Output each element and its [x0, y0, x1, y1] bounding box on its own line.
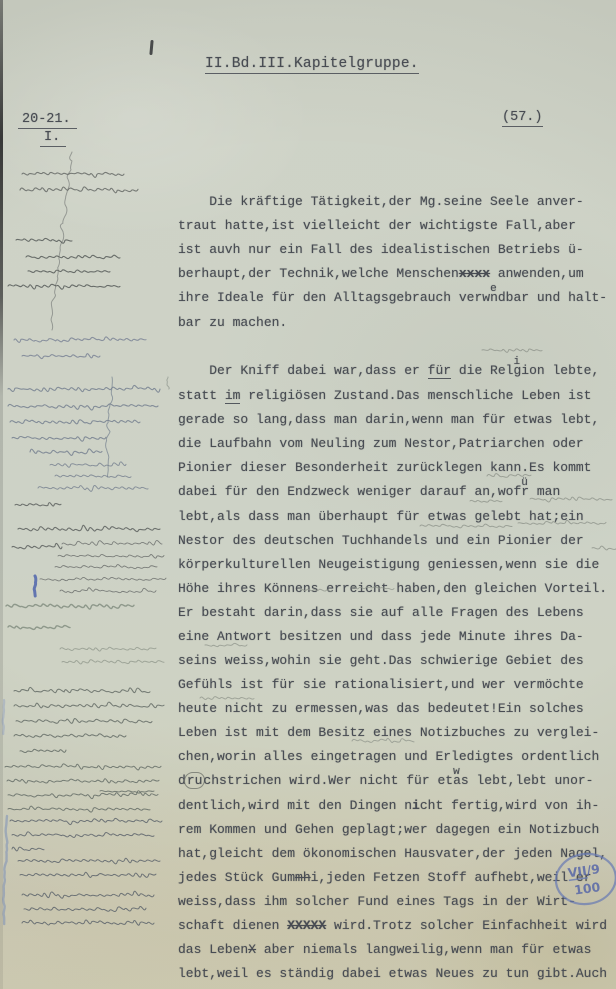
handwritten-stroke: [5, 764, 161, 770]
handwritten-stroke: [40, 577, 166, 581]
typescript-line: rem Kommen und Gehen geplagt;wer dagegen…: [178, 818, 607, 842]
page-number: (57.): [502, 110, 543, 125]
handwritten-stroke: [55, 475, 131, 478]
typescript-line: chen,worin alles eingetragen und Erledig…: [178, 745, 607, 769]
handwritten-stroke: [18, 525, 160, 531]
typescript-line: traut hatte,ist vielleicht der wichtigst…: [178, 214, 607, 238]
typescript-line: Pionier dieser Besonderheit zurücklegen …: [178, 456, 607, 480]
typescript-line: seins weiss,wohin sie geht.Das schwierig…: [178, 649, 607, 673]
handwritten-stroke: [8, 625, 70, 629]
typescript-line: hat,gleicht dem ökonomischen Hausvater,d…: [178, 842, 607, 866]
handwritten-stroke: [8, 385, 160, 392]
handwritten-stroke: [16, 719, 152, 724]
handwritten-stroke: [62, 660, 164, 664]
handwritten-stroke: [8, 404, 158, 410]
handwritten-stroke: [3, 700, 4, 734]
handwritten-stroke: [50, 462, 126, 467]
handwritten-stroke: [60, 588, 156, 593]
handwritten-stroke: [55, 565, 157, 569]
handwritten-stroke: [12, 543, 62, 548]
typescript-line: dabei für den Endzweck weniger darauf an…: [178, 480, 607, 505]
handwritten-stroke: [3, 816, 7, 924]
handwritten-stroke: [18, 858, 160, 864]
typescript-line: dentlich,wird mit den Dingen nicht ferti…: [178, 794, 607, 818]
handwritten-stroke: [22, 891, 154, 898]
typescript-line: druchstrichen wird.Wer nicht für etwas l…: [178, 769, 607, 794]
typescript-line: Höhe ihres Könnens erreicht haben,den gl…: [178, 577, 607, 601]
handwritten-stroke: [10, 818, 162, 824]
typescript-line: Er bestaht darin,dass sie auf alle Frage…: [178, 601, 607, 625]
chapter-heading-text: II.Bd.III.Kapitelgruppe.: [205, 56, 419, 74]
handwritten-stroke: [12, 847, 44, 851]
typescript-line: Die kräftige Tätigkeit,der Mg.seine Seel…: [178, 190, 607, 214]
typescript-line: ihre Ideale für den Alltagsgebrauch verw…: [178, 286, 607, 311]
manuscript-page: II.Bd.III.Kapitelgruppe. 20-21. I. (57.)…: [0, 0, 616, 989]
handwritten-stroke: [20, 749, 66, 752]
handwritten-stroke: [106, 377, 113, 477]
handwritten-stroke: [38, 486, 148, 492]
handwritten-stroke: [20, 187, 138, 193]
typescript-line: jedes Stück Gummhi,jeden Fetzen Stoff au…: [178, 866, 607, 890]
typescript-line: berhaupt,der Technik,welche Menschenxxxx…: [178, 262, 607, 286]
typescript-line: das LebenX aber niemals langweilig,wenn …: [178, 938, 607, 962]
handwritten-stroke: [26, 255, 120, 258]
typescript-line: Leben ist mit dem Besitz eines Notizbuch…: [178, 721, 607, 745]
handwritten-stroke: [60, 647, 156, 651]
chapter-heading: II.Bd.III.Kapitelgruppe.: [205, 56, 419, 72]
handwritten-stroke: [16, 238, 72, 243]
handwritten-stroke: [58, 554, 164, 558]
page-number-text: (57.): [502, 110, 543, 127]
handwritten-stroke: [14, 687, 150, 692]
handwritten-stroke: [12, 832, 154, 838]
typescript-line: ist auvh nur ein Fall des idealistischen…: [178, 238, 607, 262]
handwritten-stroke: [8, 806, 150, 812]
handwritten-stroke: [24, 906, 146, 911]
handwritten-stroke: [51, 152, 72, 330]
handwritten-stroke: [6, 604, 134, 609]
handwritten-stroke: [8, 284, 120, 289]
typescript-line: weiss,dass ihm solcher Fund eines Tags i…: [178, 890, 607, 914]
section-number: I.: [40, 130, 66, 145]
archive-stamp: VII/9 100: [550, 848, 616, 912]
handwritten-stroke: [14, 702, 164, 708]
typescript-body: Die kräftige Tätigkeit,der Mg.seine Seel…: [178, 190, 607, 986]
handwritten-stroke: [167, 377, 169, 389]
handwritten-stroke: [12, 436, 106, 441]
handwritten-stroke: [10, 420, 140, 424]
section-number-text: I.: [40, 130, 66, 147]
handwritten-stroke: [20, 872, 156, 877]
handwritten-stroke: [22, 172, 124, 177]
handwritten-stroke: [34, 576, 36, 596]
folio-number: 20-21.: [18, 112, 77, 127]
stamp-number: 100: [573, 879, 601, 898]
typescript-line: gerade so lang,dass man darin,wenn man f…: [178, 408, 607, 432]
handwritten-stroke: [22, 920, 154, 925]
scan-mark-artifact: [149, 40, 153, 55]
typescript-line: die Laufbahn vom Neuling zum Nestor,Patr…: [178, 432, 607, 456]
folio-number-text: 20-21.: [18, 112, 77, 129]
typescript-line: heute nicht zu ermessen,was das bedeutet…: [178, 697, 607, 721]
typescript-line: körperkulturellen Neugeistigung geniesse…: [178, 553, 607, 577]
handwritten-stroke: [7, 779, 159, 783]
handwritten-stroke: [14, 337, 146, 343]
typescript-line: Gefühls ist für sie rationalisiert,und w…: [178, 673, 607, 697]
handwritten-stroke: [30, 449, 102, 455]
typescript-line: Der Kniff dabei war,dass er für die Reli…: [178, 359, 607, 384]
typescript-line: schaft dienen XXXXX wird.Trotz solcher E…: [178, 914, 607, 938]
handwritten-stroke: [8, 791, 158, 799]
scan-edge-artifact: [0, 0, 3, 989]
handwritten-stroke: [28, 270, 110, 273]
typescript-line: [178, 335, 607, 359]
handwritten-stroke: [14, 734, 126, 738]
handwritten-stroke: [22, 354, 100, 359]
typescript-line: statt im religiösen Zustand.Das menschli…: [178, 384, 607, 408]
typescript-line: lebt,als dass man überhaupt für etwas ge…: [178, 505, 607, 529]
typescript-line: lebt,weil es ständig dabei etwas Neues z…: [178, 962, 607, 986]
handwritten-stroke: [100, 790, 154, 793]
typescript-line: bar zu machen.: [178, 311, 607, 335]
typescript-line: eine Antwort besitzen und dass jede Minu…: [178, 625, 607, 649]
handwritten-stroke: [62, 541, 162, 546]
typescript-line: Nestor des deutschen Tuchhandels und ein…: [178, 529, 607, 553]
handwritten-stroke: [15, 503, 61, 506]
